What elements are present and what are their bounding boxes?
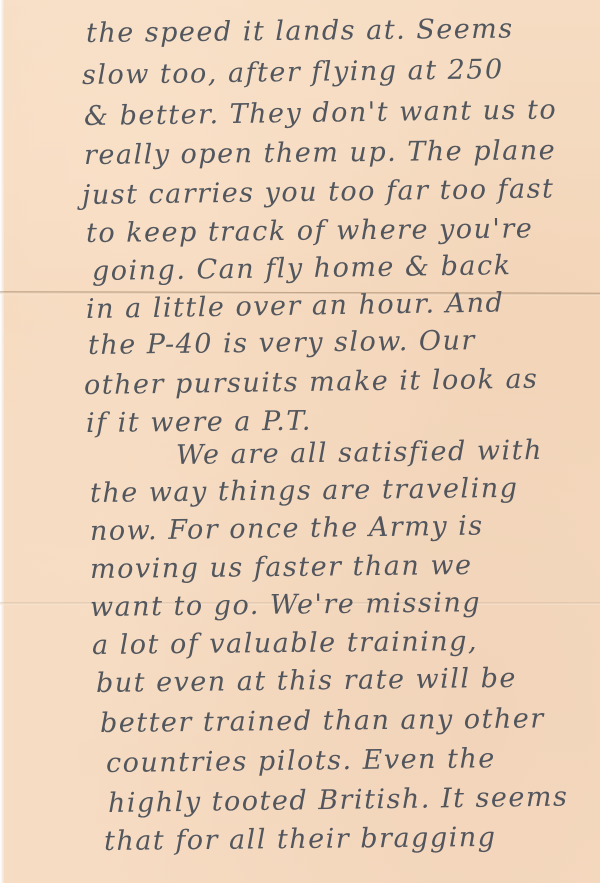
letter-line: slow too, after flying at 250 (82, 54, 504, 91)
letter-line: but even at this rate will be (96, 663, 517, 699)
letter-line: We are all satisfied with (176, 435, 543, 471)
letter-line: the P-40 is very slow. Our (88, 325, 476, 361)
letter-line: the speed it lands at. Seems (86, 14, 514, 49)
letter-line: to keep track of where you're (86, 213, 534, 249)
letter-line: going. Can fly home & back (92, 250, 512, 287)
letter-line: want to go. We're missing (90, 587, 481, 623)
letter-line: a lot of valuable training, (92, 626, 478, 661)
letter-line: better trained than any other (100, 703, 545, 739)
letter-line: if it were a P.T. (86, 406, 312, 439)
letter-line: really open them up. The plane (84, 135, 556, 171)
letter-line: & better. They don't want us to (84, 94, 558, 132)
letter-line: now. For once the Army is (90, 511, 484, 547)
letter-line: just carries you too far too fast (82, 173, 555, 211)
letter-line: highly tooted British. It seems (108, 782, 569, 819)
handwritten-text: the speed it lands at. Seems slow too, a… (0, 0, 600, 883)
letter-line: the way things are traveling (90, 473, 519, 509)
letter-line: that for all their bragging (104, 822, 497, 857)
letter-line: other pursuits make it look as (84, 364, 539, 401)
letter-page: the speed it lands at. Seems slow too, a… (0, 0, 600, 883)
letter-line: countries pilots. Even the (106, 743, 496, 779)
letter-line: moving us faster than we (90, 550, 473, 585)
letter-line: in a little over an hour. And (86, 287, 505, 325)
